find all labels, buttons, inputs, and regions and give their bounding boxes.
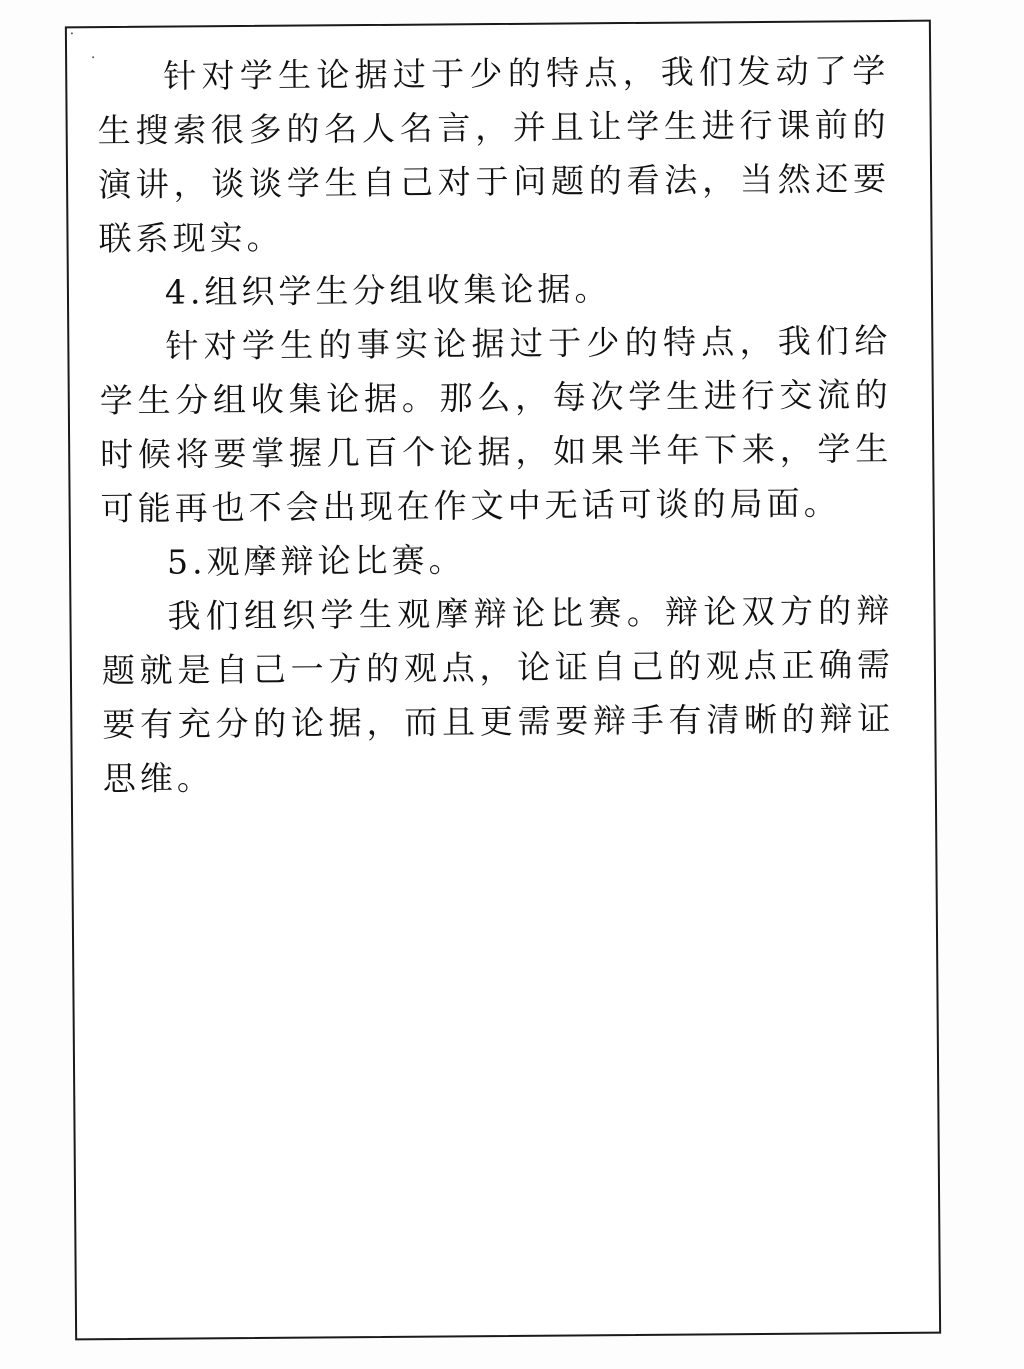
section-heading-5: 5.观摩辩论比赛。: [101, 530, 893, 590]
section-heading-4: 4.组织学生分组收集论据。: [99, 260, 891, 320]
handwritten-text-body: 针对学生论据过于少的特点，我们发动了学生搜索很多的名人名言，并且让学生进行课前的…: [97, 44, 895, 806]
paper-speck: [71, 32, 73, 34]
paper-speck: [92, 56, 94, 58]
paragraph-argument-quotes: 针对学生论据过于少的特点，我们发动了学生搜索很多的名人名言，并且让学生进行课前的…: [97, 44, 891, 266]
paragraph-group-collection: 针对学生的事实论据过于少的特点，我们给学生分组收集论据。那么，每次学生进行交流的…: [99, 314, 893, 536]
paragraph-debate-observation: 我们组织学生观摩辩论比赛。辩论双方的辩题就是自己一方的观点，论证自己的观点正确需…: [101, 584, 895, 806]
page-border-frame: 针对学生论据过于少的特点，我们发动了学生搜索很多的名人名言，并且让学生进行课前的…: [65, 20, 941, 1341]
